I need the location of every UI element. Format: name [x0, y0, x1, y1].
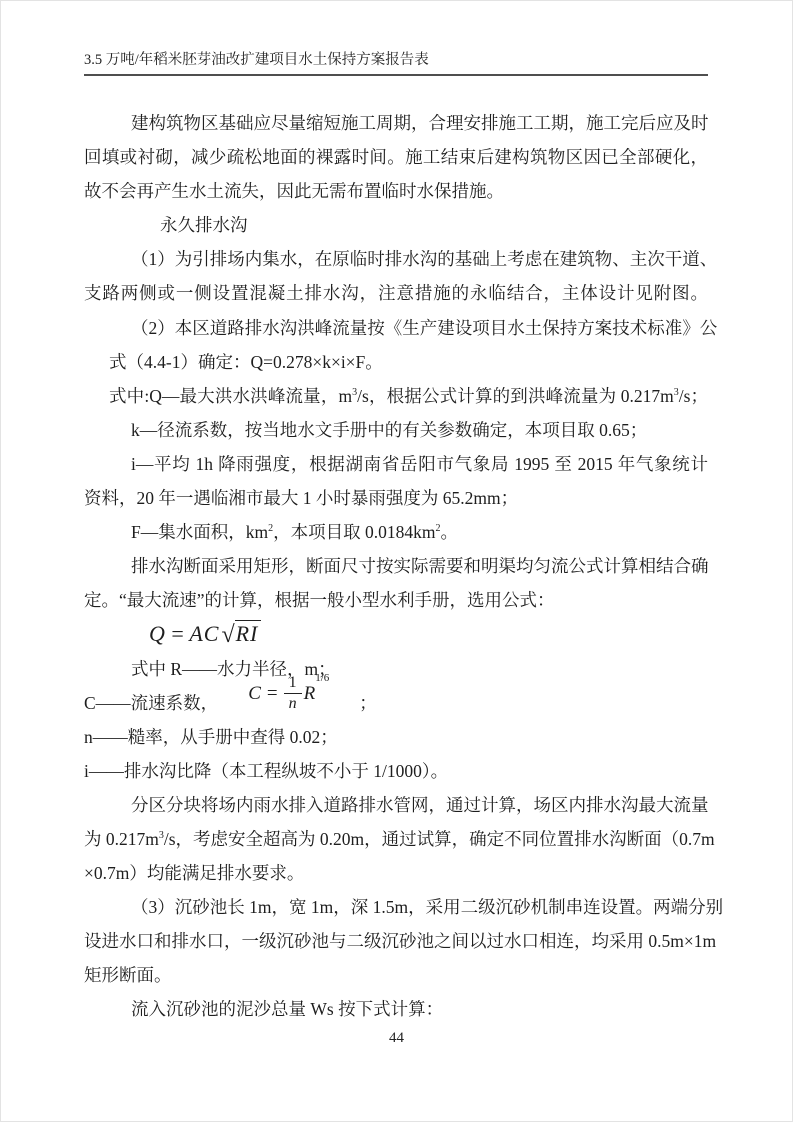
header-title: 3.5 万吨/年稻米胚芽油改扩建项目水土保持方案报告表	[84, 52, 429, 68]
fraction-numerator: 1	[284, 675, 302, 694]
paragraph-line: 定。“最大流速”的计算，根据一般小型水利手册，选用公式：	[84, 583, 708, 617]
definition-line-slope: i——排水沟比降（本工程纵坡不小于 1/1000）。	[84, 754, 708, 788]
text-segment: 为 0.217m	[84, 829, 159, 849]
paragraph-line: 故不会再产生水土流失，因此无需布置临时水保措施。	[84, 174, 708, 208]
equals-sign: =	[267, 683, 278, 705]
paragraph-line: 回填或衬砌，减少疏松地面的裸露时间。施工结束后建构筑物区因已全部硬化，	[84, 140, 708, 174]
fraction-denominator: n	[289, 694, 297, 712]
paragraph-line: 资料，20 年一遇临湘市最大 1 小时暴雨强度为 65.2mm；	[84, 481, 708, 515]
formula-q: Q = AC√RI	[149, 621, 261, 646]
text-segment: /s，根据公式计算的到洪峰流量为 0.217m	[357, 386, 674, 406]
formula-q-line: Q = AC√RI	[84, 617, 708, 651]
page-number: 44	[389, 1030, 404, 1046]
paragraph-line: （2）本区道路排水沟洪峰流量按《生产建设项目水土保持方案技术标准》公	[84, 311, 708, 345]
paragraph-line: 矩形断面。	[84, 958, 708, 992]
definition-line-k: k—径流系数，按当地水文手册中的有关参数确定，本项目取 0.65；	[84, 413, 708, 447]
page-footer: 44	[0, 1030, 793, 1047]
paragraph-line: 设进水口和排水口，一级沉砂池与二级沉砂池之间以过水口相连，均采用 0.5m×1m	[84, 924, 708, 958]
text-segment: F—集水面积，km	[131, 522, 268, 542]
formula-q-lhs: Q	[149, 621, 166, 646]
text-segment: 式中:Q—最大洪水洪峰流量，m	[109, 386, 352, 406]
paragraph-line: ×0.7m）均能满足排水要求。	[84, 856, 708, 890]
heading-permanent-drainage: 永久排水沟	[84, 208, 708, 242]
document-body: 建构筑物区基础应尽量缩短施工周期，合理安排施工工期，施工完后应及时 回填或衬砌，…	[84, 106, 708, 1027]
paragraph-line: 建构筑物区基础应尽量缩短施工周期，合理安排施工工期，施工完后应及时	[84, 106, 708, 140]
paragraph-line: 排水沟断面采用矩形，断面尺寸按实际需要和明渠均匀流公式计算相结合确	[84, 549, 708, 583]
document-page: 3.5 万吨/年稻米胚芽油改扩建项目水土保持方案报告表 建构筑物区基础应尽量缩短…	[0, 0, 793, 1122]
formula-c: C=1nR1/6	[248, 675, 329, 712]
paragraph-line: 式（4.4-1）确定：Q=0.278×k×i×F。	[84, 345, 708, 379]
definition-line-c: C——流速系数，C=1nR1/6；	[84, 686, 708, 720]
equals-sign: =	[171, 621, 183, 646]
page-header: 3.5 万吨/年稻米胚芽油改扩建项目水土保持方案报告表	[84, 51, 708, 76]
paragraph-line: （1）为引排场内集水，在原临时排水沟的基础上考虑在建筑物、主次干道、	[84, 242, 708, 276]
paragraph-line: 分区分块将场内雨水排入道路排水管网，通过计算，场区内排水沟最大流量	[84, 788, 708, 822]
formula-c-exponent: 1/6	[315, 672, 329, 684]
paragraph-line: 为 0.217m3/s，考虑安全超高为 0.20m，通过试算，确定不同位置排水沟…	[84, 822, 708, 856]
formula-c-base: R	[304, 683, 316, 705]
formula-q-radicand: RI	[235, 620, 262, 646]
definition-line-f: F—集水面积，km2，本项目取 0.0184km2。	[84, 515, 708, 549]
formula-q-coef: AC	[189, 621, 219, 646]
formula-c-lhs: C	[248, 683, 261, 705]
text-segment: 。	[440, 522, 458, 542]
sqrt-radical-icon: √	[221, 622, 234, 648]
paragraph-line: 式中:Q—最大洪水洪峰流量，m3/s，根据公式计算的到洪峰流量为 0.217m3…	[84, 379, 708, 413]
text-segment: /s；	[679, 386, 708, 406]
text-segment: ；	[359, 693, 377, 713]
text-segment: C——流速系数，	[84, 693, 218, 713]
paragraph-line: 流入沉砂池的泥沙总量 Ws 按下式计算：	[84, 992, 708, 1026]
paragraph-line: （3）沉砂池长 1m，宽 1m，深 1.5m，采用二级沉砂机制串连设置。两端分别	[84, 890, 708, 924]
text-segment: /s，考虑安全超高为 0.20m，通过试算，确定不同位置排水沟断面（0.7m	[164, 829, 715, 849]
paragraph-line: 支路两侧或一侧设置混凝土排水沟，注意措施的永临结合，主体设计见附图。	[84, 276, 708, 310]
text-segment: ，本项目取 0.0184km	[273, 522, 435, 542]
fraction: 1n	[284, 675, 302, 712]
definition-line-n: n——糙率，从手册中查得 0.02；	[84, 720, 708, 754]
definition-line-r: 式中 R——水力半径，m；	[84, 652, 708, 686]
definition-line-i: i—平均 1h 降雨强度，根据湖南省岳阳市气象局 1995 至 2015 年气象…	[84, 447, 708, 481]
